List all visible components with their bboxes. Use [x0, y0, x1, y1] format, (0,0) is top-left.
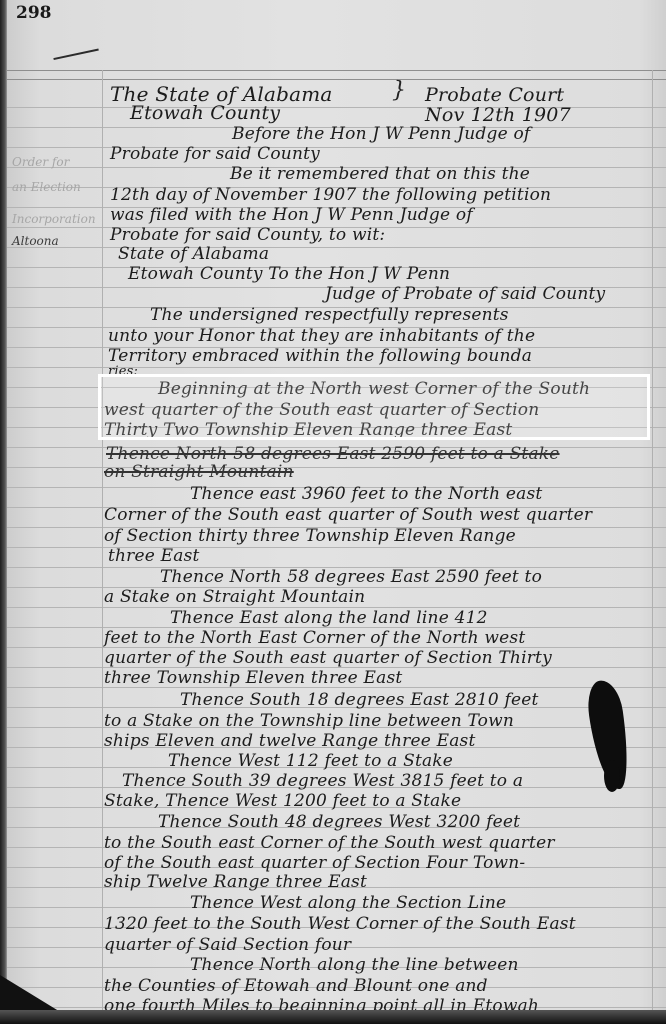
text-line: State of Alabama — [118, 244, 269, 264]
text-line: three Township Eleven three East — [104, 668, 402, 688]
header-rule-top — [7, 70, 666, 71]
text-line: Thence South 48 degrees West 3200 feet — [158, 812, 520, 832]
text-line: Stake, Thence West 1200 feet to a Stake — [104, 791, 461, 811]
text-line: a Stake on Straight Mountain — [104, 587, 365, 607]
text-line: Probate for said County, to wit: — [110, 225, 385, 245]
book-binding — [0, 0, 7, 1024]
text-line: the Counties of Etowah and Blount one an… — [104, 976, 488, 996]
text-line: Thence East along the land line 412 — [170, 608, 488, 628]
text-line: Thence South 39 degrees West 3815 feet t… — [122, 771, 523, 791]
margin-note: Incorporation — [12, 212, 96, 226]
text-line: ship Twelve Range three East — [104, 872, 367, 892]
text-line: to a Stake on the Township line between … — [104, 711, 514, 731]
text-line: quarter of Said Section four — [104, 935, 351, 955]
text-line: Etowah County To the Hon J W Penn — [128, 264, 450, 284]
ink-blot-drip — [604, 760, 620, 792]
text-line: Before the Hon J W Penn Judge of — [232, 124, 530, 144]
highlight-annotation-box — [98, 374, 650, 440]
text-line: of Section thirty three Township Eleven … — [104, 526, 516, 546]
header-rule-bottom — [7, 79, 666, 80]
text-line: of the South east quarter of Section Fou… — [104, 853, 525, 873]
text-line: Corner of the South east quarter of Sout… — [104, 505, 592, 525]
struck-text-line: Thence North 58 degrees East 2590 feet t… — [106, 444, 560, 464]
text-line: Thence South 18 degrees East 2810 feet — [180, 690, 539, 710]
left-margin-line — [102, 70, 103, 1024]
page-number: 298 — [16, 3, 52, 23]
text-line: Be it remembered that on this the — [230, 164, 530, 184]
text-line: 1320 feet to the South West Corner of th… — [104, 914, 576, 934]
text-line: to the South east Corner of the South we… — [104, 833, 555, 853]
text-line: Judge of Probate of said County — [325, 284, 605, 304]
text-line: Territory embraced within the following … — [108, 346, 532, 366]
text-line: Thence North along the line between — [190, 955, 519, 975]
ledger-page: 298 Order for an Election Incorporation … — [0, 0, 666, 1024]
text-line: Thence West 112 feet to a Stake — [168, 751, 453, 771]
text-line: Thence North 58 degrees East 2590 feet t… — [160, 567, 542, 587]
brace-icon: } — [392, 78, 406, 103]
text-line: ships Eleven and twelve Range three East — [104, 731, 476, 751]
struck-text-line: on Straight Mountain — [104, 462, 294, 482]
heading-county: Etowah County — [130, 102, 280, 124]
heading-court: Probate Court — [425, 84, 564, 106]
text-line: unto your Honor that they are inhabitant… — [108, 326, 535, 346]
text-line: Thence east 3960 feet to the North east — [190, 484, 542, 504]
text-line: quarter of the South east quarter of Sec… — [104, 648, 552, 668]
margin-note: Order for — [12, 155, 69, 169]
text-line: was filed with the Hon J W Penn Judge of — [110, 205, 473, 225]
text-line: 12th day of November 1907 the following … — [110, 185, 551, 205]
text-line: Probate for said County — [110, 144, 320, 164]
check-mark-icon — [53, 49, 99, 64]
page-bottom-edge — [0, 1010, 666, 1024]
text-line: Thence West along the Section Line — [190, 893, 506, 913]
margin-note: an Election — [12, 180, 81, 194]
text-line: The undersigned respectfully represents — [150, 305, 509, 325]
text-line: three East — [108, 546, 200, 566]
margin-note-altoona: Altoona — [12, 234, 59, 248]
text-line: feet to the North East Corner of the Nor… — [104, 628, 525, 648]
heading-date: Nov 12th 1907 — [425, 104, 571, 126]
right-margin-line — [652, 70, 653, 1024]
